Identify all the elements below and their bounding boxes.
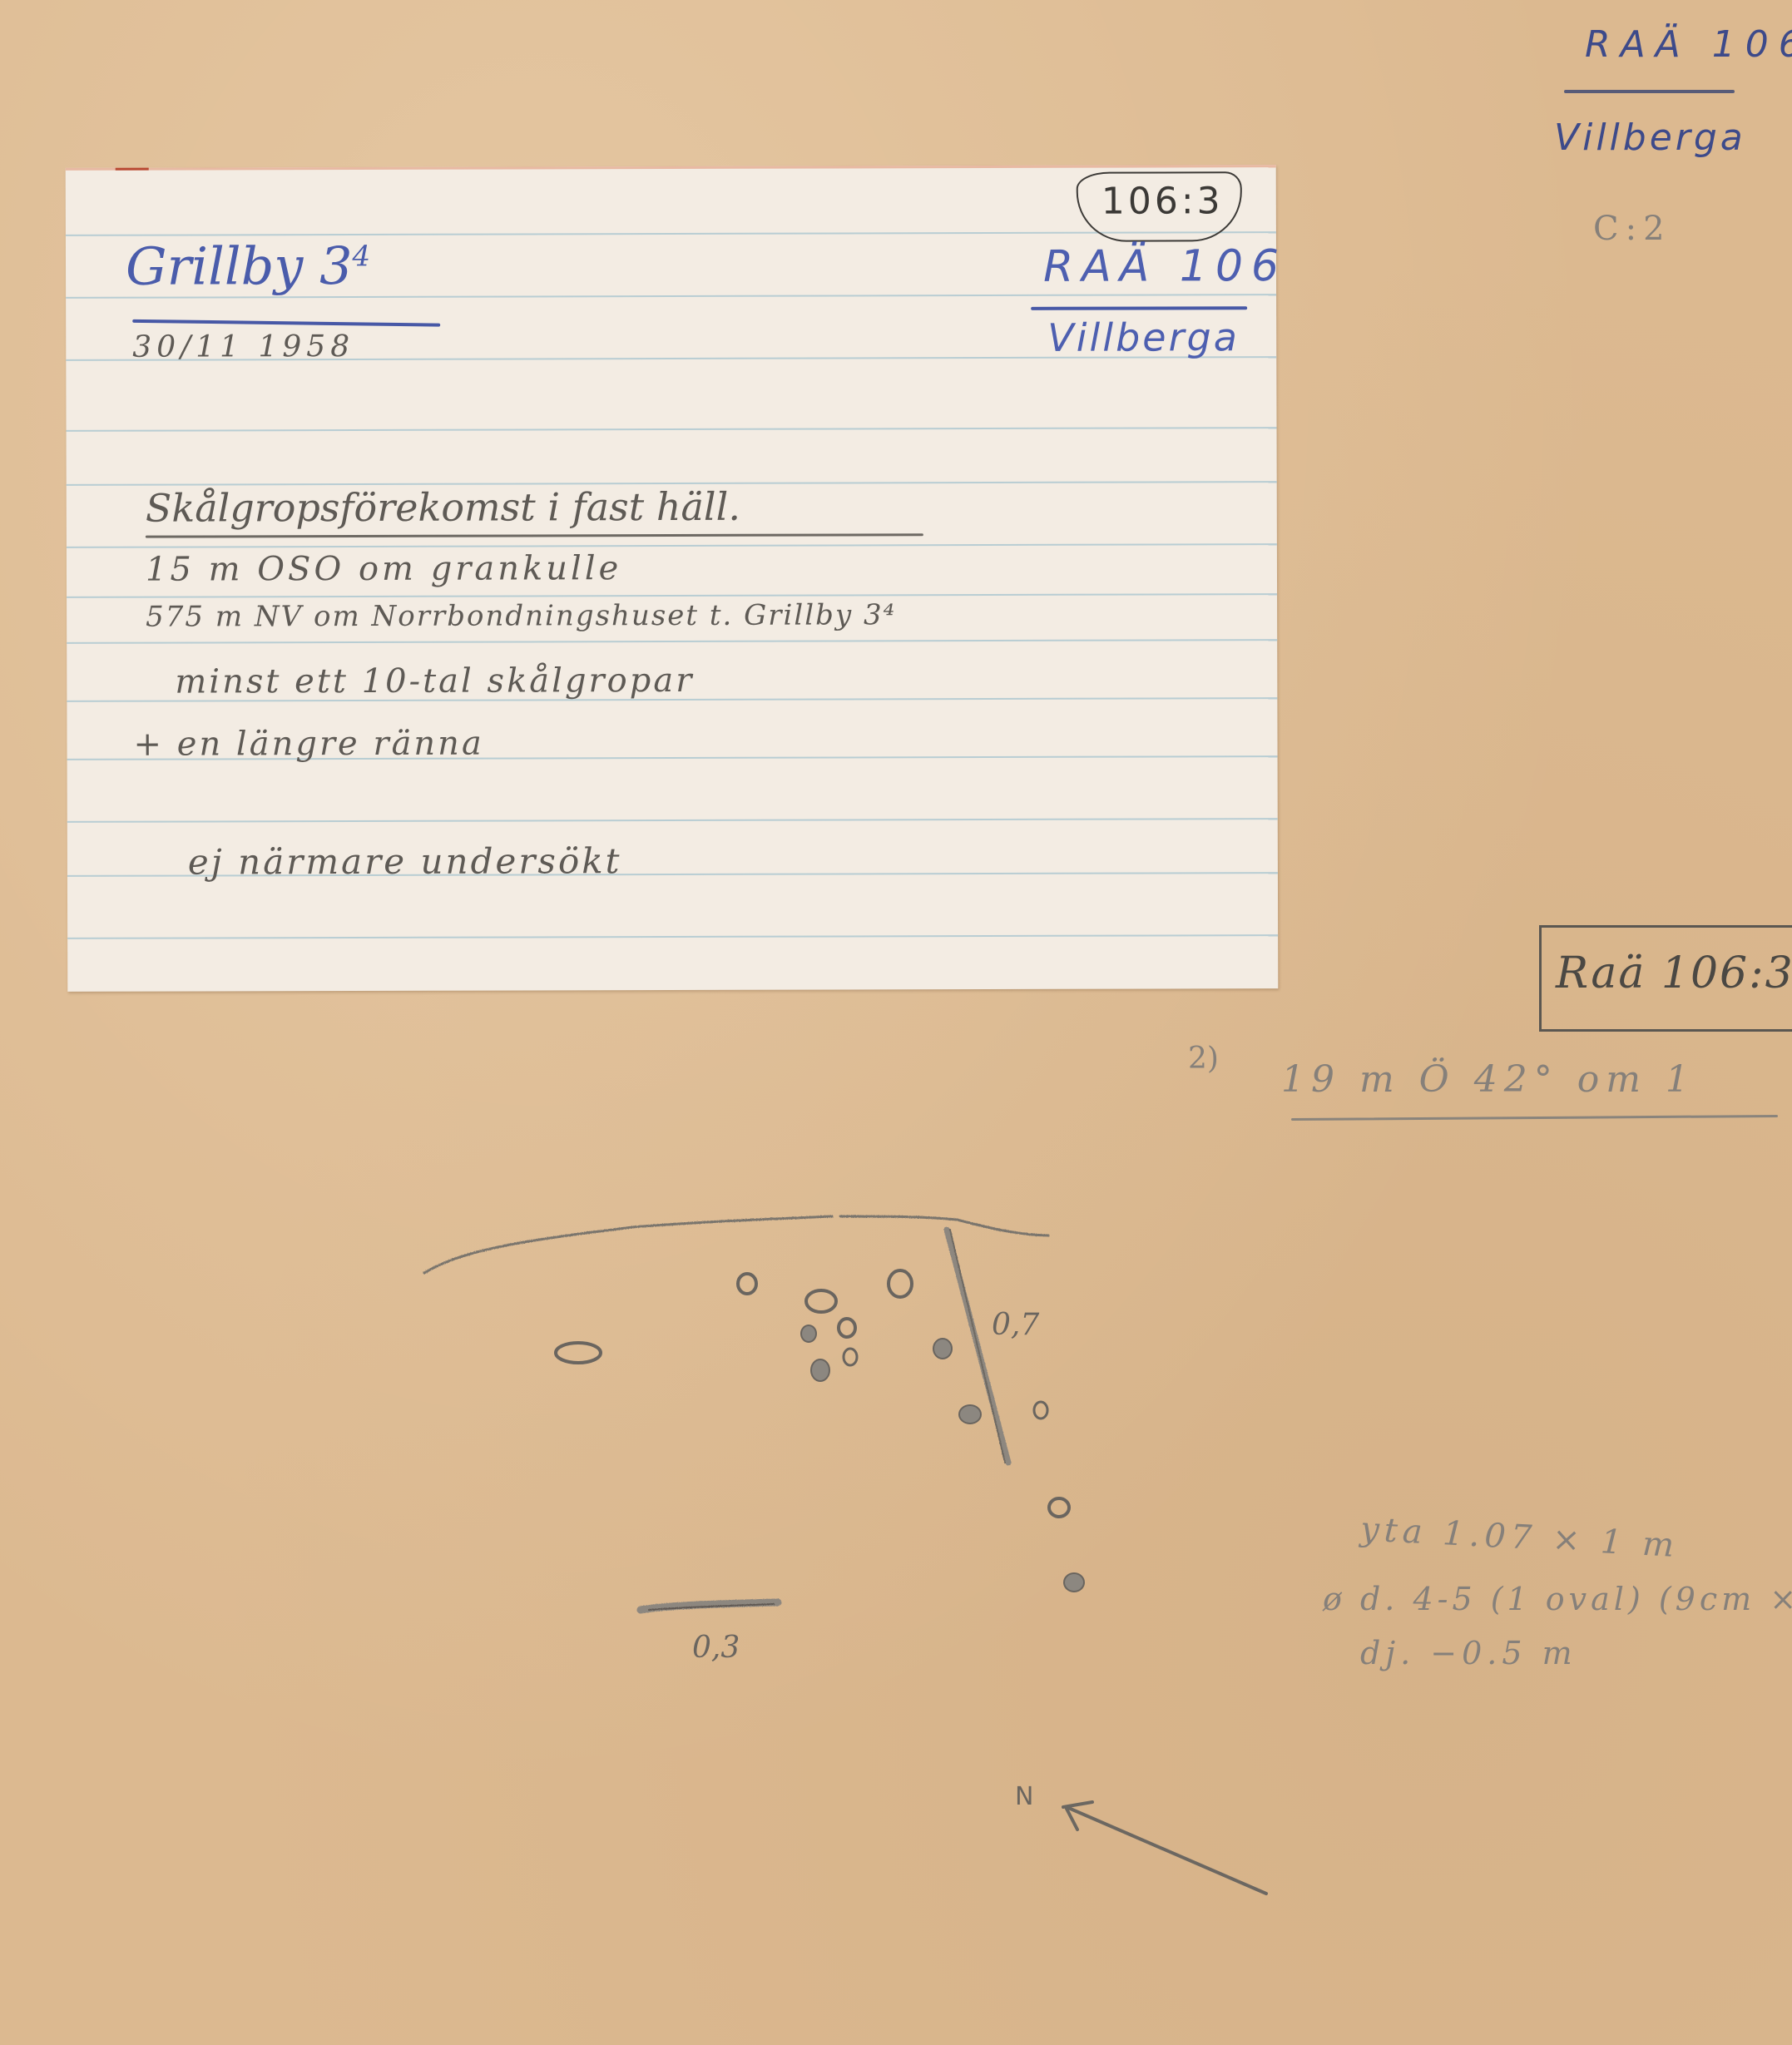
groove-long-label: 0,7 [992, 1308, 1039, 1342]
cupmark [933, 1339, 952, 1359]
north-arrow-icon [1063, 1802, 1266, 1894]
cupmark [738, 1274, 756, 1294]
cupmark [839, 1319, 855, 1337]
site-sketch [0, 0, 1792, 2045]
groove-short-label: 0,3 [692, 1631, 740, 1665]
rock-outline [424, 1216, 832, 1273]
rock-outline-right [840, 1216, 1048, 1235]
cupmark [811, 1359, 829, 1381]
cupmark [889, 1270, 912, 1297]
cupmark [1064, 1573, 1084, 1592]
cupmark [1049, 1498, 1069, 1517]
cupmark [844, 1349, 857, 1365]
north-label: N [1015, 1782, 1033, 1811]
cupmark [959, 1405, 981, 1424]
cupmark [801, 1325, 816, 1342]
cupmark [1034, 1402, 1047, 1419]
cupmark-oval [556, 1343, 601, 1363]
cupmark [806, 1290, 836, 1312]
